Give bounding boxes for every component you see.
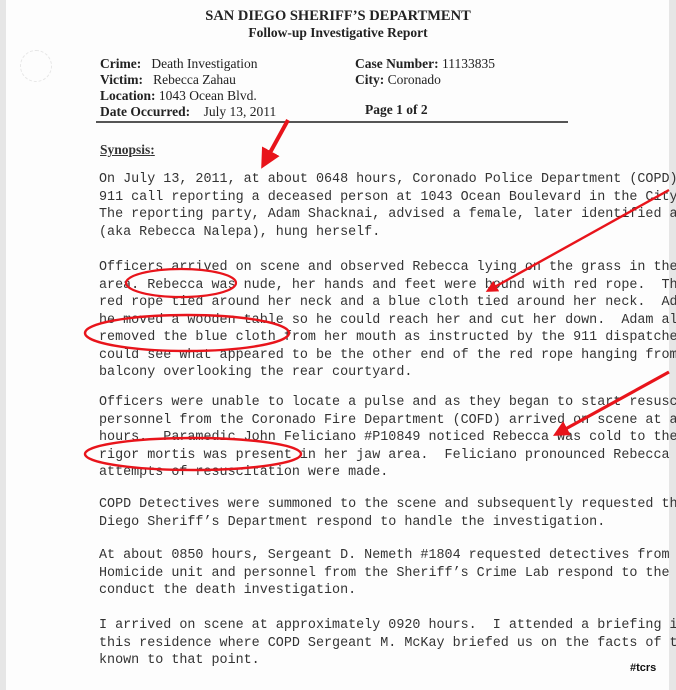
city-label: City: — [355, 72, 384, 87]
date-value: July 13, 2011 — [204, 104, 277, 119]
location-row: Location: 1043 Ocean Blvd. — [100, 88, 276, 104]
header-divider — [96, 121, 568, 123]
paragraph-4: COPD Detectives were summoned to the sce… — [99, 496, 599, 531]
watermark-hashtag: #tcrs — [630, 662, 656, 674]
victim-label: Victim: — [100, 72, 143, 87]
paragraph-3: Officers were unable to locate a pulse a… — [99, 394, 599, 482]
case-number-row: Case Number: 11133835 — [355, 56, 495, 72]
case-info-right: Case Number: 11133835 City: Coronado — [355, 56, 495, 88]
location-value: 1043 Ocean Blvd. — [159, 88, 257, 103]
location-label: Location: — [100, 88, 156, 103]
date-label: Date Occurred: — [100, 104, 190, 119]
city-value: Coronado — [388, 72, 441, 87]
case-number-label: Case Number: — [355, 56, 439, 71]
victim-row: Victim: Rebecca Zahau — [100, 72, 276, 88]
case-info-left: Crime: Death Investigation Victim: Rebec… — [100, 56, 276, 120]
synopsis-heading: Synopsis: — [100, 142, 155, 158]
paragraph-5: At about 0850 hours, Sergeant D. Nemeth … — [99, 547, 599, 600]
date-row: Date Occurred: July 13, 2011 — [100, 104, 276, 120]
victim-value: Rebecca Zahau — [153, 72, 236, 87]
paragraph-6: I arrived on scene at approximately 0920… — [99, 617, 599, 670]
page-number: Page 1 of 2 — [365, 102, 428, 118]
report-type-title: Follow-up Investigative Report — [0, 25, 676, 41]
crime-label: Crime: — [100, 56, 141, 71]
city-row: City: Coronado — [355, 72, 495, 88]
department-title: SAN DIEGO SHERIFF’S DEPARTMENT — [0, 8, 676, 25]
paragraph-1: On July 13, 2011, at about 0648 hours, C… — [99, 171, 599, 241]
punch-hole-mark — [20, 50, 52, 82]
paragraph-2: Officers arrived on scene and observed R… — [99, 259, 599, 382]
crime-value: Death Investigation — [151, 56, 257, 71]
crime-row: Crime: Death Investigation — [100, 56, 276, 72]
case-number-value: 11133835 — [442, 56, 495, 71]
synopsis-heading-text: Synopsis — [100, 142, 150, 157]
